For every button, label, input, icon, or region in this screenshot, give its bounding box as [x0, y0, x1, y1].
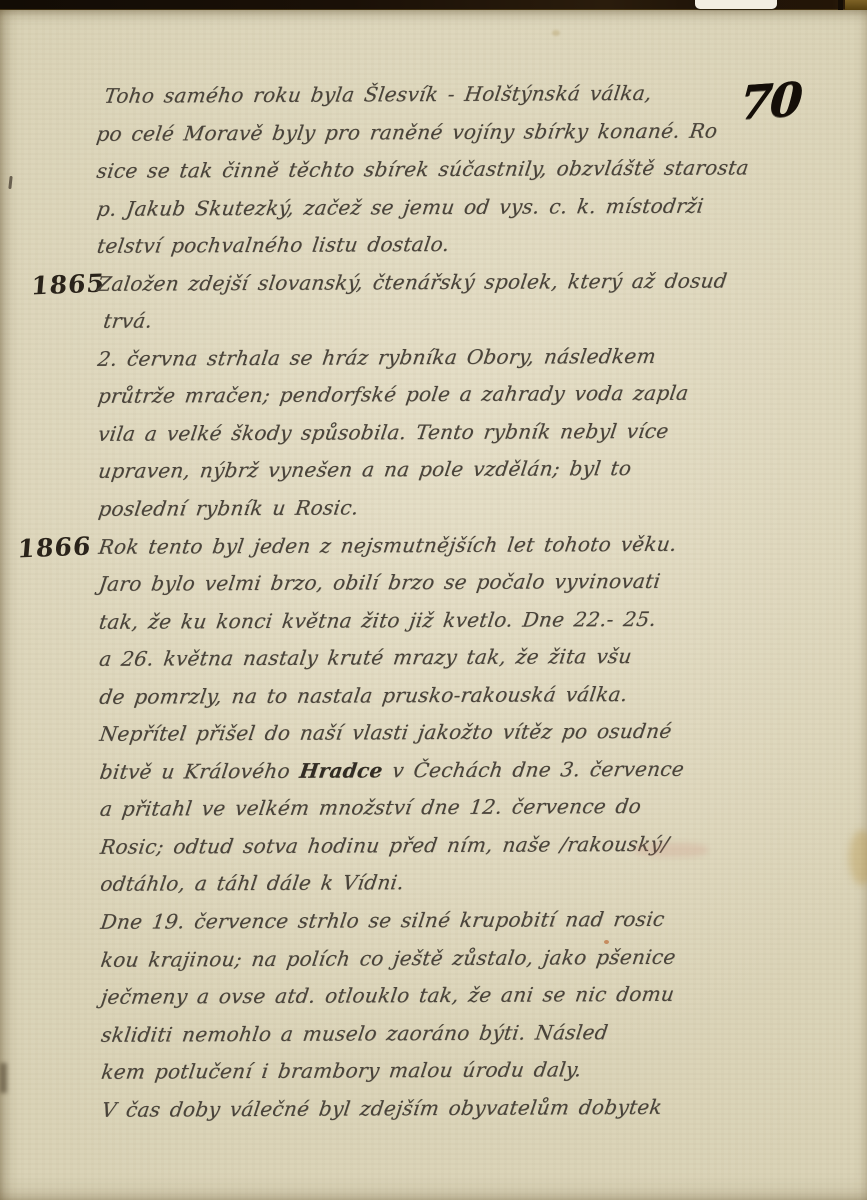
manuscript-line: Nepřítel přišel do naší vlasti jakožto v…: [100, 712, 790, 753]
manuscript-line: vila a velké škody spůsobila. Tento rybn…: [98, 412, 788, 453]
handwritten-text: odtáhlo, a táhl dále k Vídni.: [98, 865, 407, 904]
manuscript-line: Dne 19. července strhlo se silné krupobi…: [101, 900, 791, 941]
edge-notch: [838, 0, 843, 10]
manuscript-line: telství pochvalného listu dostalo.: [97, 224, 787, 265]
manuscript-line: p. Jakub Skutezký, začež se jemu od vys.…: [97, 187, 787, 228]
manuscript-line: 2. června strhala se hráz rybníka Obory,…: [98, 337, 788, 378]
manuscript-line: odtáhlo, a táhl dále k Vídni.: [100, 863, 790, 904]
manuscript-line: trvá.: [97, 299, 787, 340]
manuscript-line: Rosic; odtud sotva hodinu před ním, naše…: [100, 825, 790, 866]
emphasized-word: Hradce: [298, 758, 384, 782]
handwritten-text: Založen zdejší slovanský, čtenářský spol…: [95, 262, 730, 303]
handwritten-text: tak, že ku konci května žito již kvetlo.…: [97, 601, 659, 641]
handwritten-text: upraven, nýbrž vynešen a na pole vzdělán…: [96, 450, 634, 490]
handwritten-text: V čas doby válečné byl zdejším obyvatelů…: [99, 1089, 664, 1130]
manuscript-line: kou krajinou; na polích co ještě zůstalo…: [101, 938, 791, 979]
handwritten-text: průtrže mračen; pendorfské pole a zahrad…: [95, 375, 691, 416]
stain: [849, 830, 867, 885]
handwritten-text: Rosic; odtud sotva hodinu před ním, naše…: [98, 826, 672, 867]
manuscript-line: Jaro bylo velmi brzo, obilí brzo se poča…: [99, 562, 789, 603]
margin-year-label: 1865: [30, 270, 106, 298]
handwritten-text: poslední rybník u Rosic.: [96, 489, 361, 528]
manuscript-line: po celé Moravě byly pro raněné vojíny sb…: [96, 112, 786, 153]
handwritten-text: sice se tak činně těchto sbírek súčastni…: [94, 149, 751, 190]
handwritten-text: bitvě u Králového Hradce v Čechách dne 3…: [97, 751, 686, 792]
manuscript-line: tak, že ku konci května žito již kvetlo.…: [99, 600, 789, 641]
handwritten-text: Rok tento byl jeden z nejsmutnějších let…: [96, 525, 679, 566]
handwritten-text: 2. června strhala se hráz rybníka Obory,…: [95, 338, 658, 378]
manuscript-line: de pomrzly, na to nastala prusko-rakousk…: [99, 675, 789, 716]
handwritten-text: a přitahl ve velkém množství dne 12. čer…: [98, 788, 644, 828]
handwritten-text: skliditi nemohlo a muselo zaoráno býti. …: [99, 1014, 611, 1054]
manuscript-line: ječmeny a ovse atd. otlouklo tak, že ani…: [101, 975, 791, 1016]
handwritten-text: vila a velké škody spůsobila. Tento rybn…: [96, 413, 672, 454]
manuscript-line: upraven, nýbrž vynešen a na pole vzdělán…: [98, 450, 788, 491]
manuscript-line: bitvě u Králového Hradce v Čechách dne 3…: [100, 750, 790, 791]
handwritten-text: Toho samého roku byla Šlesvík - Holštýns…: [102, 75, 654, 115]
manuscript-line: 1866Rok tento byl jeden z nejsmutnějších…: [99, 525, 789, 566]
handwritten-text: a 26. května nastaly kruté mrazy tak, že…: [97, 638, 634, 678]
handwritten-text: po celé Moravě byly pro raněné vojíny sb…: [94, 112, 720, 153]
handwritten-text: trvá.: [101, 303, 155, 341]
manuscript-line: a přitahl ve velkém množství dne 12. čer…: [100, 788, 790, 829]
margin-year-label: 1866: [17, 533, 93, 561]
manuscript-line: 1865Založen zdejší slovanský, čtenářský …: [97, 262, 787, 303]
edge-right-light: [845, 0, 867, 10]
manuscript-line: Toho samého roku byla Šlesvík - Holštýns…: [96, 74, 786, 115]
text-block: Toho samého roku byla Šlesvík - Holštýns…: [96, 74, 791, 1129]
manuscript-line: skliditi nemohlo a muselo zaoráno býti. …: [101, 1013, 791, 1054]
handwritten-text: ječmeny a ovse atd. otlouklo tak, že ani…: [99, 976, 677, 1017]
handwritten-text: Dne 19. července strhlo se silné krupobi…: [98, 901, 667, 942]
handwritten-text: de pomrzly, na to nastala prusko-rakousk…: [97, 676, 630, 716]
manuscript-line: V čas doby válečné byl zdejším obyvatelů…: [102, 1088, 792, 1129]
manuscript-line: sice se tak činně těchto sbírek súčastni…: [97, 149, 787, 190]
manuscript-line: průtrže mračen; pendorfské pole a zahrad…: [98, 375, 788, 416]
manuscript-scan: 70 Toho samého roku byla Šlesvík - Holšt…: [0, 0, 867, 1200]
handwritten-text: Jaro bylo velmi brzo, obilí brzo se poča…: [96, 563, 662, 604]
corner-shadow: [0, 1063, 7, 1093]
handwritten-text: p. Jakub Skutezký, začež se jemu od vys.…: [94, 187, 706, 228]
paper-fleck: [552, 30, 560, 36]
handwritten-text: Nepřítel přišel do naší vlasti jakožto v…: [97, 713, 674, 754]
handwritten-text: telství pochvalného listu dostalo.: [95, 226, 452, 265]
page-edge-highlight: [695, 0, 777, 9]
manuscript-line: poslední rybník u Rosic.: [98, 487, 788, 528]
handwritten-text: kem potlučení i brambory malou úrodu dal…: [99, 1051, 584, 1091]
handwritten-text: kou krajinou; na polích co ještě zůstalo…: [98, 938, 678, 979]
margin-ink-mark: [8, 176, 12, 189]
manuscript-line: a 26. května nastaly kruté mrazy tak, že…: [99, 637, 789, 678]
manuscript-line: kem potlučení i brambory malou úrodu dal…: [101, 1050, 791, 1091]
manuscript-page: 70 Toho samého roku byla Šlesvík - Holšt…: [0, 10, 867, 1200]
